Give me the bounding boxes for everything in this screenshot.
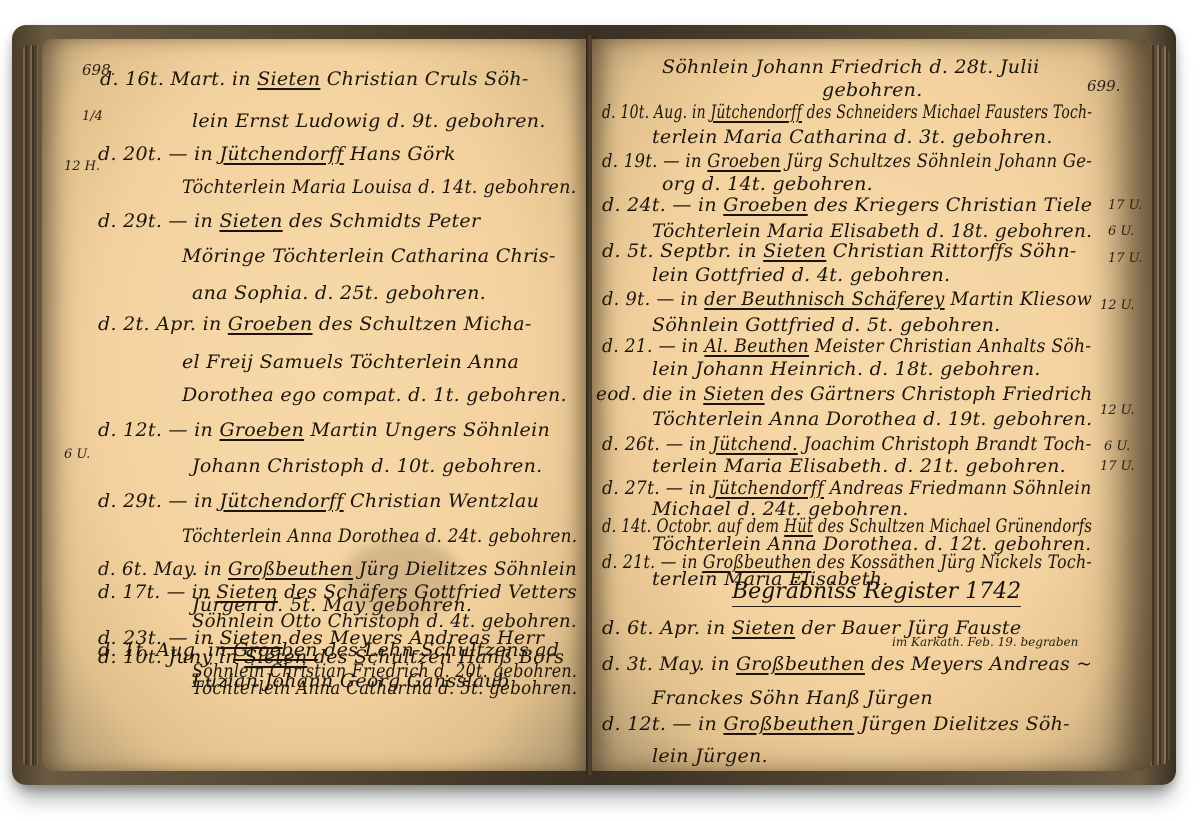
entry-text-rest: des Gärtners Christoph Friedrich xyxy=(765,383,1093,405)
entry-text: d. 24t. — in xyxy=(602,194,723,216)
entry-text: ana Sophia. d. 25t. gebohren. xyxy=(192,282,486,304)
entry-text-rest: Christian Rittorffs Söhn- xyxy=(826,240,1076,262)
entry-text: lein Gottfried d. 4t. gebohren. xyxy=(652,264,950,286)
entry-text-rest: des Schneiders Michael Fausters Toch- xyxy=(802,101,1092,123)
margin-note: 17 U. xyxy=(1108,198,1143,213)
entry-text: d. 1t. Aug. in xyxy=(98,639,233,661)
register-entry-line: lein Ernst Ludowig d. 9t. gebohren. xyxy=(192,110,546,132)
margin-note: 6 U. xyxy=(1104,439,1130,454)
register-entry-line: Möringe Töchterlein Catharina Chris- xyxy=(182,245,556,267)
register-entry-line: d. 12t. — in Groeben Martin Ungers Söhnl… xyxy=(98,419,550,441)
place-name: Groeben xyxy=(233,639,318,661)
entry-text: lein Jürgen. xyxy=(652,745,768,767)
entry-text-rest: Jürg Schultzes Söhnlein Johann Ge- xyxy=(781,150,1092,172)
entry-text: d. 16t. Mart. in xyxy=(100,68,257,90)
margin-note: 6 U. xyxy=(1108,224,1134,239)
open-register-book: 698. d. 16t. Mart. in Sieten Christian C… xyxy=(12,25,1176,785)
entry-text: d. 26t. — in xyxy=(602,433,712,455)
register-entry-line: Töchterlein Maria Elisabeth d. 18t. gebo… xyxy=(652,220,1092,242)
place-name: Sieten xyxy=(703,383,764,405)
register-entry-line: org d. 14t. gebohren. xyxy=(662,173,873,195)
place-name: Groeben xyxy=(707,150,780,172)
register-entry-line: d. 21. — in Al. Beuthen Meister Christia… xyxy=(602,335,1091,357)
place-name: Sieten xyxy=(257,68,320,90)
margin-note: 1/4 xyxy=(82,109,103,124)
entry-text-rest: des Lehn-Schultzens ad xyxy=(318,639,560,661)
register-entry-line: d. 20t. — in Jütchendorff Hans Görk xyxy=(98,143,456,165)
place-name: Großbeuthen xyxy=(736,653,865,675)
register-entry-line: gebohren. xyxy=(822,79,923,101)
register-entry-line: terlein Maria Elisabeth. d. 21t. gebohre… xyxy=(652,455,1066,477)
margin-note: 12 H. xyxy=(64,159,100,174)
register-entry-line: Franckes Söhn Hanß Jürgen xyxy=(652,687,933,709)
register-entry-line: el Freij Samuels Töchterlein Anna xyxy=(182,351,519,373)
entry-text-rest: Meister Christian Anhalts Söh- xyxy=(809,335,1091,357)
register-entry-line: terlein Maria Catharina d. 3t. gebohren. xyxy=(652,126,1053,148)
entry-text: d. 20t. — in xyxy=(98,143,219,165)
register-entry-line: Söhnlein Otto Christoph d. 4t. gebohren. xyxy=(192,610,577,632)
register-entry-line: Töchterlein Anna Dorothea d. 24t. gebohr… xyxy=(182,525,577,547)
entry-text-rest: des Schmidts Peter xyxy=(283,210,481,232)
entry-text-rest: Jürgen Dielitzes Söh- xyxy=(854,713,1070,735)
register-entry-line: d. 26t. — in Jütchend. Joachim Christoph… xyxy=(602,433,1092,455)
register-entry-line: Töchterlein Anna Dorothea d. 19t. gebohr… xyxy=(652,408,1092,430)
entry-text-rest: des Schultzen Micha- xyxy=(313,313,532,335)
entry-text: Töchterlein Anna Dorothea d. 19t. gebohr… xyxy=(652,408,1092,430)
register-entry-line: d. 16t. Mart. in Sieten Christian Cruls … xyxy=(100,68,529,90)
place-name: Groeben xyxy=(723,194,808,216)
register-entry-line: Töchterlein Maria Louisa d. 14t. gebohre… xyxy=(182,176,577,198)
left-page: 698. d. 16t. Mart. in Sieten Christian C… xyxy=(42,39,587,771)
entry-text: d. 10t. Aug. in xyxy=(602,101,711,123)
margin-note: 17 U. xyxy=(1100,459,1135,474)
register-entry-line: d. 24t. — in Groeben des Kriegers Christ… xyxy=(602,194,1092,216)
register-entry-line: terlein Maria Elisabeth. xyxy=(652,568,889,590)
entry-text: d. 12t. — in xyxy=(602,713,723,735)
entry-text: eod. die in xyxy=(596,383,703,405)
entry-text: Söhnlein Johann Friedrich d. 28t. Julii xyxy=(662,56,1039,78)
register-entry-line: Söhnlein Gottfried d. 5t. gebohren. xyxy=(652,314,1001,336)
entry-text-rest: des Meyers Andreas ~ xyxy=(865,653,1092,675)
register-entry-line: Luzian Johann Georg Gansslaub xyxy=(192,670,510,692)
register-entry-line: ana Sophia. d. 25t. gebohren. xyxy=(192,282,486,304)
entry-text-rest: des Schäfers Gottfried Vetters xyxy=(278,581,577,603)
register-entry-line: d. 5t. Septbr. in Sieten Christian Ritto… xyxy=(602,240,1077,262)
place-name: der Beuthnisch Schäferey xyxy=(704,288,944,310)
register-entry-line: lein Jürgen. xyxy=(652,745,768,767)
register-entry-line: Söhnlein Johann Friedrich d. 28t. Julii xyxy=(662,56,1039,78)
entry-text: d. 9t. — in xyxy=(602,288,704,310)
entry-text: terlein Maria Catharina d. 3t. gebohren. xyxy=(652,126,1053,148)
place-name: Groeben xyxy=(228,313,313,335)
margin-note: 12 U. xyxy=(1100,298,1135,313)
entry-text-rest: Joachim Christoph Brandt Toch- xyxy=(798,433,1092,455)
entry-text-rest: Martin Ungers Söhnlein xyxy=(304,419,550,441)
entry-text: Dorothea ego compat. d. 1t. gebohren. xyxy=(182,384,567,406)
entry-text: d. 27t. — in xyxy=(602,477,712,499)
entry-text: d. 12t. — in xyxy=(98,419,219,441)
entry-text-rest: Hans Görk xyxy=(344,143,456,165)
entry-text: d. 6t. May. in xyxy=(98,558,228,580)
entry-text-rest: Andreas Friedmann Söhnlein xyxy=(824,477,1091,499)
entry-text: el Freij Samuels Töchterlein Anna xyxy=(182,351,519,373)
register-entry-line: d. 17t. — in Sieten des Schäfers Gottfri… xyxy=(98,581,577,603)
register-entry-line: lein Gottfried d. 4t. gebohren. xyxy=(652,264,950,286)
register-entry-line: d. 6t. May. in Großbeuthen Jürg Dielitze… xyxy=(98,558,577,580)
entry-text-rest: Jürg Dielitzes Söhnlein xyxy=(353,558,577,580)
register-entry-line: d. 1t. Aug. in Groeben des Lehn-Schultze… xyxy=(98,639,559,661)
register-entry-line: d. 9t. — in der Beuthnisch Schäferey Mar… xyxy=(602,288,1092,310)
entry-text: d. 6t. Apr. in xyxy=(602,617,732,639)
entry-text: Söhnlein Gottfried d. 5t. gebohren. xyxy=(652,314,1001,336)
place-name: Jütchendorff xyxy=(711,101,802,123)
place-name: Großbeuthen xyxy=(228,558,353,580)
entry-text: d. 29t. — in xyxy=(98,490,219,512)
place-name: Sieten xyxy=(219,210,282,232)
register-entry-line: Dorothea ego compat. d. 1t. gebohren. xyxy=(182,384,567,406)
entry-text: d. 2t. Apr. in xyxy=(98,313,228,335)
entry-text: Töchterlein Maria Elisabeth d. 18t. gebo… xyxy=(652,220,1092,242)
place-name: Jütchendorff xyxy=(219,143,343,165)
place-name: Groeben xyxy=(219,419,304,441)
register-entry-line: Johann Christoph d. 10t. gebohren. xyxy=(192,455,543,477)
entry-text: lein Ernst Ludowig d. 9t. gebohren. xyxy=(192,110,546,132)
place-name: Sieten xyxy=(216,581,278,603)
entry-text: d. 3t. May. in xyxy=(602,653,736,675)
register-entry-line: d. 29t. — in Sieten des Schmidts Peter xyxy=(98,210,480,232)
place-name: Großbeuthen xyxy=(723,713,854,735)
page-number-right: 699. xyxy=(1087,77,1120,95)
register-entry-line: d. 12t. — in Großbeuthen Jürgen Dielitze… xyxy=(602,713,1070,735)
entry-text: Luzian Johann Georg Gansslaub xyxy=(192,670,510,692)
entry-text: d. 21. — in xyxy=(602,335,704,357)
margin-note: 12 U. xyxy=(1100,403,1135,418)
entry-text: d. 17t. — in xyxy=(98,581,216,603)
entry-text-rest: Martin Kliesow xyxy=(945,288,1093,310)
register-entry-line: lein Johann Heinrich. d. 18t. gebohren. xyxy=(652,358,1041,380)
entry-text: d. 29t. — in xyxy=(98,210,219,232)
entry-text: Johann Christoph d. 10t. gebohren. xyxy=(192,455,543,477)
place-name: Jütchend. xyxy=(712,433,798,455)
register-entry-line: d. 29t. — in Jütchendorff Christian Went… xyxy=(98,490,539,512)
entry-text: org d. 14t. gebohren. xyxy=(662,173,873,195)
register-entry-line: d. 2t. Apr. in Groeben des Schultzen Mic… xyxy=(98,313,532,335)
entry-text: d. 19t. — in xyxy=(602,150,707,172)
register-entry-line: d. 10t. Aug. in Jütchendorff des Schneid… xyxy=(602,101,1092,123)
register-entry-line: d. 19t. — in Groeben Jürg Schultzes Söhn… xyxy=(602,150,1092,172)
entry-text: Söhnlein Otto Christoph d. 4t. gebohren. xyxy=(192,610,577,632)
entry-text-rest: Christian Cruls Söh- xyxy=(320,68,528,90)
entry-text: terlein Maria Elisabeth. d. 21t. gebohre… xyxy=(652,455,1066,477)
entry-text: Franckes Söhn Hanß Jürgen xyxy=(652,687,933,709)
register-entry-line: d. 6t. Apr. in Sieten der Bauer Jürg Fau… xyxy=(602,617,1021,639)
place-name: Jütchendorff xyxy=(219,490,343,512)
margin-note: 6 U. xyxy=(64,447,90,462)
entry-text-rest: der Bauer Jürg Fauste xyxy=(795,617,1021,639)
register-entry-line: eod. die in Sieten des Gärtners Christop… xyxy=(596,383,1093,405)
margin-note: 17 U. xyxy=(1108,251,1143,266)
entry-text-rest: des Kriegers Christian Tiele xyxy=(808,194,1093,216)
place-name: Al. Beuthen xyxy=(704,335,809,357)
entry-text: Möringe Töchterlein Catharina Chris- xyxy=(182,245,556,267)
right-page: 699. Begräbniss Register 1742 im Karkath… xyxy=(592,39,1152,771)
place-name: Sieten xyxy=(763,240,826,262)
entry-text: terlein Maria Elisabeth. xyxy=(652,568,889,590)
entry-text: Töchterlein Maria Louisa d. 14t. gebohre… xyxy=(182,176,577,198)
register-entry-line: d. 3t. May. in Großbeuthen des Meyers An… xyxy=(602,653,1092,675)
entry-text: Töchterlein Anna Dorothea d. 24t. gebohr… xyxy=(182,525,577,547)
entry-text: lein Johann Heinrich. d. 18t. gebohren. xyxy=(652,358,1041,380)
entry-text-rest: Christian Wentzlau xyxy=(344,490,540,512)
book-edge-left xyxy=(20,45,38,765)
place-name: Jütchendorff xyxy=(712,477,824,499)
register-entry-line: d. 27t. — in Jütchendorff Andreas Friedm… xyxy=(602,477,1092,499)
entry-text: d. 5t. Septbr. in xyxy=(602,240,763,262)
place-name: Sieten xyxy=(732,617,795,639)
entry-text: gebohren. xyxy=(822,79,923,101)
